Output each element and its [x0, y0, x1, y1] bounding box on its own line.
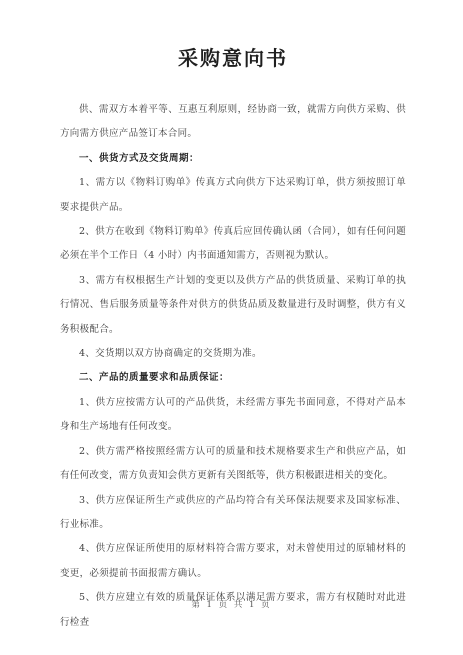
paragraph: 1、需方以《物料订购单》传真方式向供方下达采购订单，供方须按照订单要求提供产品。	[60, 171, 406, 220]
paragraph: 5、供方应建立有效的质量保证体系以满足需方要求，需方有权随时对此进行检查	[60, 586, 406, 635]
page-number-label: 第 1 页 共 1 页	[191, 600, 271, 610]
page-footer: 第 1 页 共 1 页	[0, 598, 463, 610]
document-title: 采购意向书	[60, 44, 406, 72]
paragraph: 1、供方应按需方认可的产品供货，未经需方事先书面同意，不得对产品本身和生产场地有…	[60, 391, 406, 440]
document-page: 采购意向书 供、需双方本着平等、互惠互利原则，经协商一致，就需方向供方采购、供方…	[0, 0, 463, 655]
paragraph: 3、供方应保证所生产或供应的产品均符合有关环保法规要求及国家标准、行业标准。	[60, 489, 406, 538]
paragraph: 供、需双方本着平等、互惠互利原则，经协商一致，就需方向供方采购、供方向需方供应产…	[60, 98, 406, 147]
paragraph: 4、供方应保证所使用的原材料符合需方要求，对未曾使用过的原辅材料的变更，必须提前…	[60, 537, 406, 586]
paragraph: 3、需方有权根据生产计划的变更以及供方产品的供货质量、采购订单的执行情况、售后服…	[60, 269, 406, 342]
paragraph: 2、供方在收到《物料订购单》传真后应回传确认函（合同），如有任何问题必须在半个工…	[60, 220, 406, 269]
document-body: 供、需双方本着平等、互惠互利原则，经协商一致，就需方向供方采购、供方向需方供应产…	[60, 98, 406, 635]
paragraph: 4、交货期以双方协商确定的交货期为准。	[60, 342, 406, 366]
paragraph: 2、供方需严格按照经需方认可的质量和技术规格要求生产和供应产品，如有任何改变，需…	[60, 440, 406, 489]
section-heading: 二、产品的质量要求和品质保证：	[60, 366, 406, 390]
section-heading: 一、供货方式及交货周期：	[60, 147, 406, 171]
